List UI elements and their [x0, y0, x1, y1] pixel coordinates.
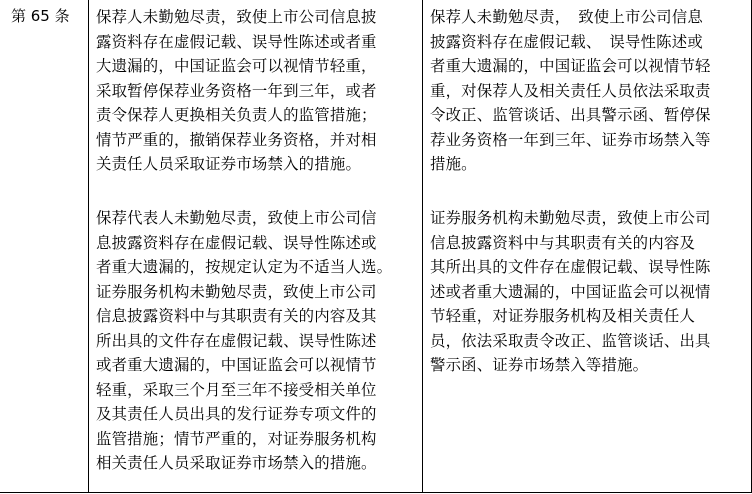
article-number-cell: 第 65 条	[0, 0, 87, 492]
text-line: 警示函、证券市场禁入等措施。	[430, 353, 747, 378]
text-line: 及其责任人员出具的发行证券专项文件的	[96, 402, 418, 427]
article-label: 第 65 条	[11, 5, 70, 27]
text-line: 证券服务机构未勤勉尽责，致使上市公司	[96, 280, 418, 305]
text-line: 者重大遗漏的，中国证监会可以视情节轻	[430, 54, 747, 79]
text-line: 责令保荐人更换相关负责人的监管措施；	[96, 103, 418, 128]
text-line: 或者重大遗漏的，中国证监会可以视情节	[96, 353, 418, 378]
text-line: 保荐人未勤勉尽责， 致使上市公司信息	[430, 5, 747, 30]
text-line: 信息披露资料中与其职责有关的内容及其	[96, 304, 418, 329]
left-paragraph-1: 保荐人未勤勉尽责，致使上市公司信息披 露资料存在虚假记载、误导性陈述或者重 大遗…	[96, 5, 418, 177]
text-line: 大遗漏的，中国证监会可以视情节轻重，	[96, 54, 418, 79]
text-line: 保荐代表人未勤勉尽责，致使上市公司信	[96, 206, 418, 231]
text-line: 者重大遗漏的，按规定认定为不适当人选。	[96, 255, 418, 280]
right-text-cell: 保荐人未勤勉尽责， 致使上市公司信息 披露资料存在虚假记载、 误导性陈述或 者重…	[422, 0, 751, 492]
left-text-cell: 保荐人未勤勉尽责，致使上市公司信息披 露资料存在虚假记载、误导性陈述或者重 大遗…	[88, 0, 422, 492]
text-line: 露资料存在虚假记载、误导性陈述或者重	[96, 30, 418, 55]
left-paragraph-2: 保荐代表人未勤勉尽责，致使上市公司信 息披露资料存在虚假记载、误导性陈述或 者重…	[96, 206, 418, 476]
right-paragraph-1: 保荐人未勤勉尽责， 致使上市公司信息 披露资料存在虚假记载、 误导性陈述或 者重…	[430, 5, 747, 177]
right-paragraph-2: 证券服务机构未勤勉尽责，致使上市公司 信息披露资料中与其职责有关的内容及 其所出…	[430, 206, 747, 378]
text-line: 令改正、监管谈话、出具警示函、暂停保	[430, 103, 747, 128]
comparison-table: 第 65 条 保荐人未勤勉尽责，致使上市公司信息披 露资料存在虚假记载、误导性陈…	[0, 0, 752, 493]
text-line: 重，对保荐人及相关责任人员依法采取责	[430, 79, 747, 104]
text-line: 保荐人未勤勉尽责，致使上市公司信息披	[96, 5, 418, 30]
text-line: 监管措施；情节严重的，对证券服务机构	[96, 427, 418, 452]
text-line: 节轻重，对证券服务机构及相关责任人	[430, 304, 747, 329]
text-line: 采取暂停保荐业务资格一年到三年，或者	[96, 79, 418, 104]
text-line: 述或者重大遗漏的，中国证监会可以视情	[430, 280, 747, 305]
text-line: 证券服务机构未勤勉尽责，致使上市公司	[430, 206, 747, 231]
text-line: 息披露资料存在虚假记载、误导性陈述或	[96, 231, 418, 256]
text-line: 所出具的文件存在虚假记载、误导性陈述	[96, 329, 418, 354]
text-line: 员，依法采取责令改正、监管谈话、出具	[430, 329, 747, 354]
text-line: 相关责任人员采取证券市场禁入的措施。	[96, 451, 418, 476]
text-line: 其所出具的文件存在虚假记载、误导性陈	[430, 255, 747, 280]
text-line: 轻重，采取三个月至三年不接受相关单位	[96, 378, 418, 403]
text-line: 关责任人员采取证券市场禁入的措施。	[96, 152, 418, 177]
text-line: 信息披露资料中与其职责有关的内容及	[430, 231, 747, 256]
text-line: 情节严重的，撤销保荐业务资格，并对相	[96, 128, 418, 153]
text-line: 披露资料存在虚假记载、 误导性陈述或	[430, 30, 747, 55]
text-line: 荐业务资格一年到三年、证券市场禁入等	[430, 128, 747, 153]
text-line: 措施。	[430, 152, 747, 177]
